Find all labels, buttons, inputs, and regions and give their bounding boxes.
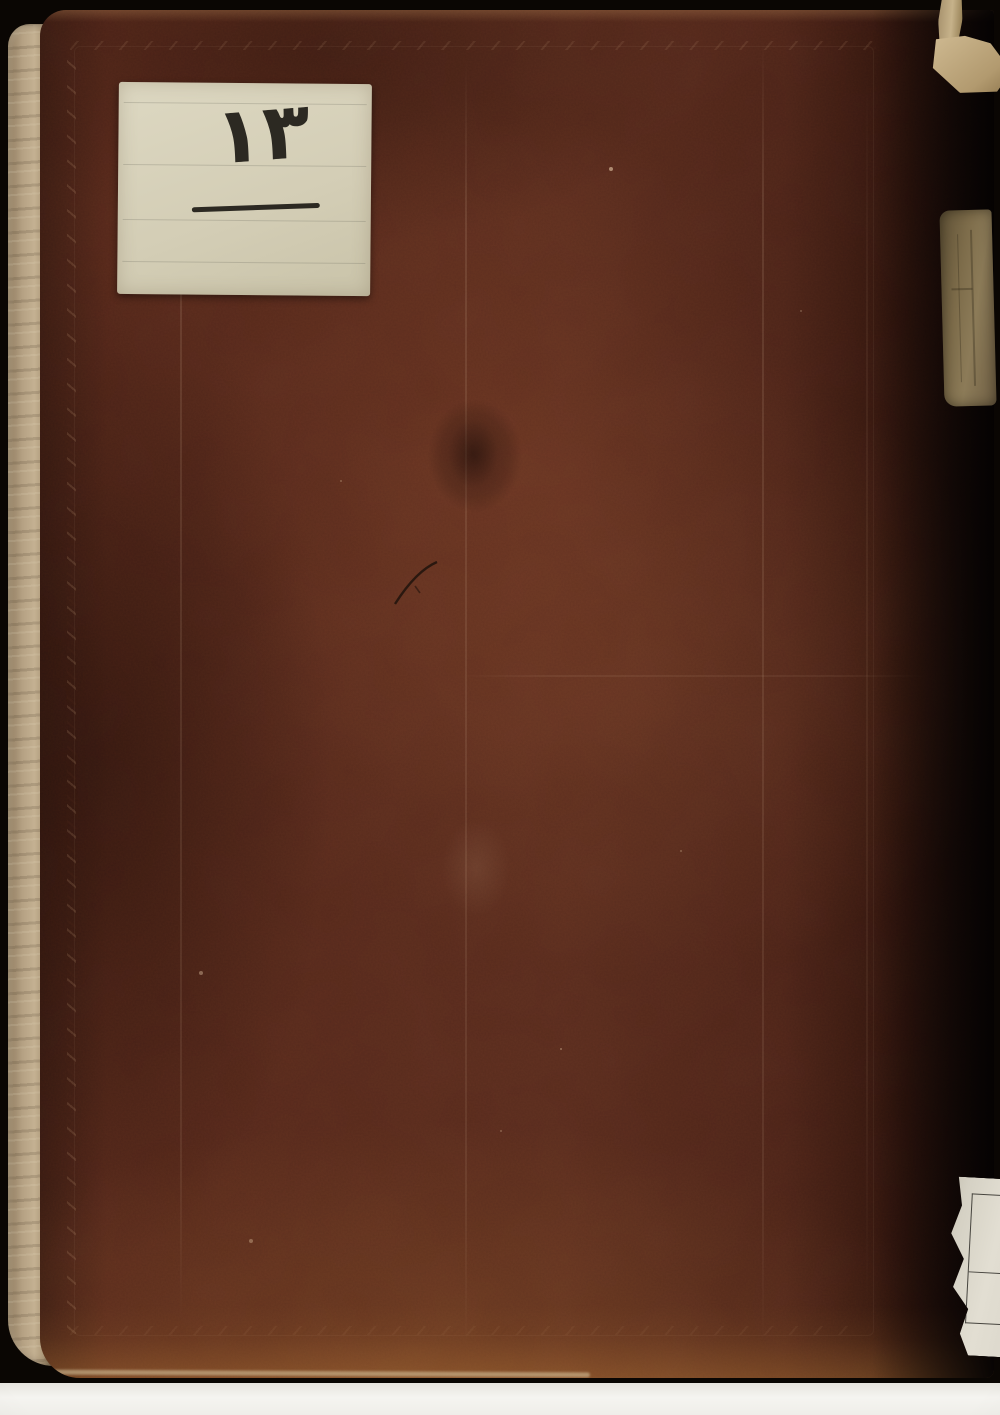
faded-mark — [970, 229, 976, 386]
lower-medallion-emboss — [428, 800, 524, 936]
shelf-number-underline — [192, 203, 320, 212]
leather-crease-line — [465, 60, 467, 1350]
manuscript-photo: ۱۳ ابخانة ورای لامی ۱ — [0, 0, 1000, 1415]
faded-mark — [957, 234, 962, 383]
scanner-bed-strip — [0, 1383, 1000, 1415]
stamp-line: لامی — [969, 1245, 1000, 1276]
leather-crease-line — [762, 40, 764, 1340]
tooled-chain-border-left — [67, 50, 76, 1334]
ink-scratch-mark — [385, 550, 465, 620]
faded-edge-label — [939, 209, 996, 406]
shelf-number-label: ۱۳ — [117, 82, 372, 296]
top-edge-highlight — [40, 10, 994, 22]
bottom-wear-band — [40, 1306, 994, 1378]
leather-crease-line — [460, 675, 930, 677]
stamp-numeral: ۱ — [967, 1272, 1000, 1300]
label-ruled-line — [123, 219, 366, 222]
label-ruled-line — [122, 261, 365, 264]
stamp-frame-box: ابخانة ورای لامی ۱ — [965, 1193, 1000, 1327]
shelf-number-handwriting: ۱۳ — [214, 91, 311, 177]
faded-mark — [952, 288, 973, 290]
stamp-text-block: ابخانة ورای لامی — [969, 1194, 1000, 1279]
tooled-border-right — [866, 70, 868, 1310]
tooled-chain-border-top — [70, 41, 876, 50]
